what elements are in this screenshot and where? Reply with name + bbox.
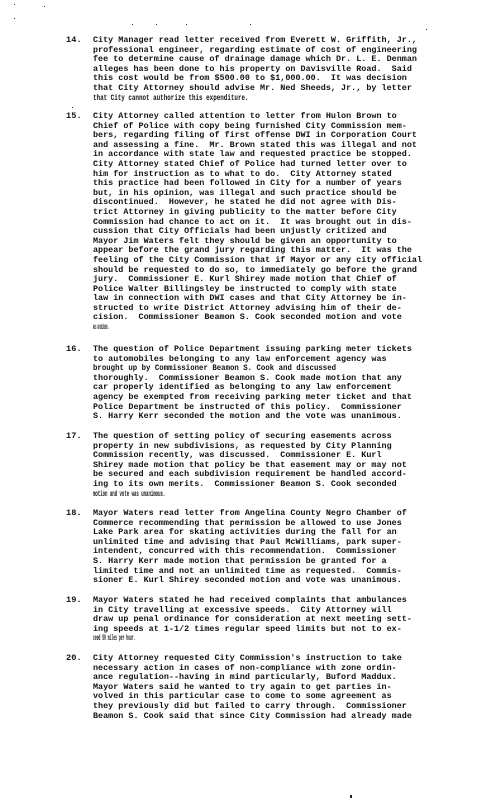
text-line: S. Harry Kerr seconded the motion and th… [93, 412, 445, 422]
text-line: that City cannot authorize this expendit… [93, 94, 339, 104]
item-number: 16. [66, 345, 82, 355]
scan-speck [250, 24, 251, 25]
item-text: City Manager read letter received from E… [93, 36, 453, 103]
item-text: City Attorney called attention to letter… [93, 112, 453, 333]
item-text: The question of setting policy of securi… [93, 432, 453, 499]
item-text: Mayor Waters read letter from Angelina C… [93, 509, 453, 586]
scan-speck [72, 107, 73, 108]
text-line: ing speeds at 1-1/2 times regular speed … [93, 625, 445, 635]
text-line: Beamon S. Cook said that since City Comm… [93, 712, 445, 722]
scan-speck [14, 4, 15, 5]
item-text: Mayor Waters stated he had received comp… [93, 596, 453, 644]
scan-speck [426, 29, 427, 30]
scan-speck [14, 18, 15, 19]
item-number: 15. [66, 112, 82, 122]
scan-speck [132, 24, 133, 25]
text-line: motion and vote was unanimous. [93, 490, 261, 500]
page-mark [350, 795, 352, 798]
scan-speck [156, 24, 157, 25]
text-line: was unanimous. [93, 323, 171, 333]
text-line: ceed 50 miles per hour. [93, 634, 222, 644]
item-number: 19. [66, 596, 82, 606]
scan-speck [186, 24, 187, 25]
item-number: 18. [66, 509, 82, 519]
item-number: 14. [66, 36, 82, 46]
item-text: City Attorney requested City Commission'… [93, 654, 453, 721]
scan-speck [44, 6, 45, 7]
item-number: 17. [66, 432, 82, 442]
text-line: cision. Commissioner Beamon S. Cook seco… [93, 313, 445, 323]
item-text: The question of Police Department issuin… [93, 345, 453, 422]
document-page: 14. City Manager read letter received fr… [0, 0, 487, 800]
text-line: sioner E. Kurl Shirey seconded motion an… [93, 576, 445, 586]
item-number: 20. [66, 654, 82, 664]
